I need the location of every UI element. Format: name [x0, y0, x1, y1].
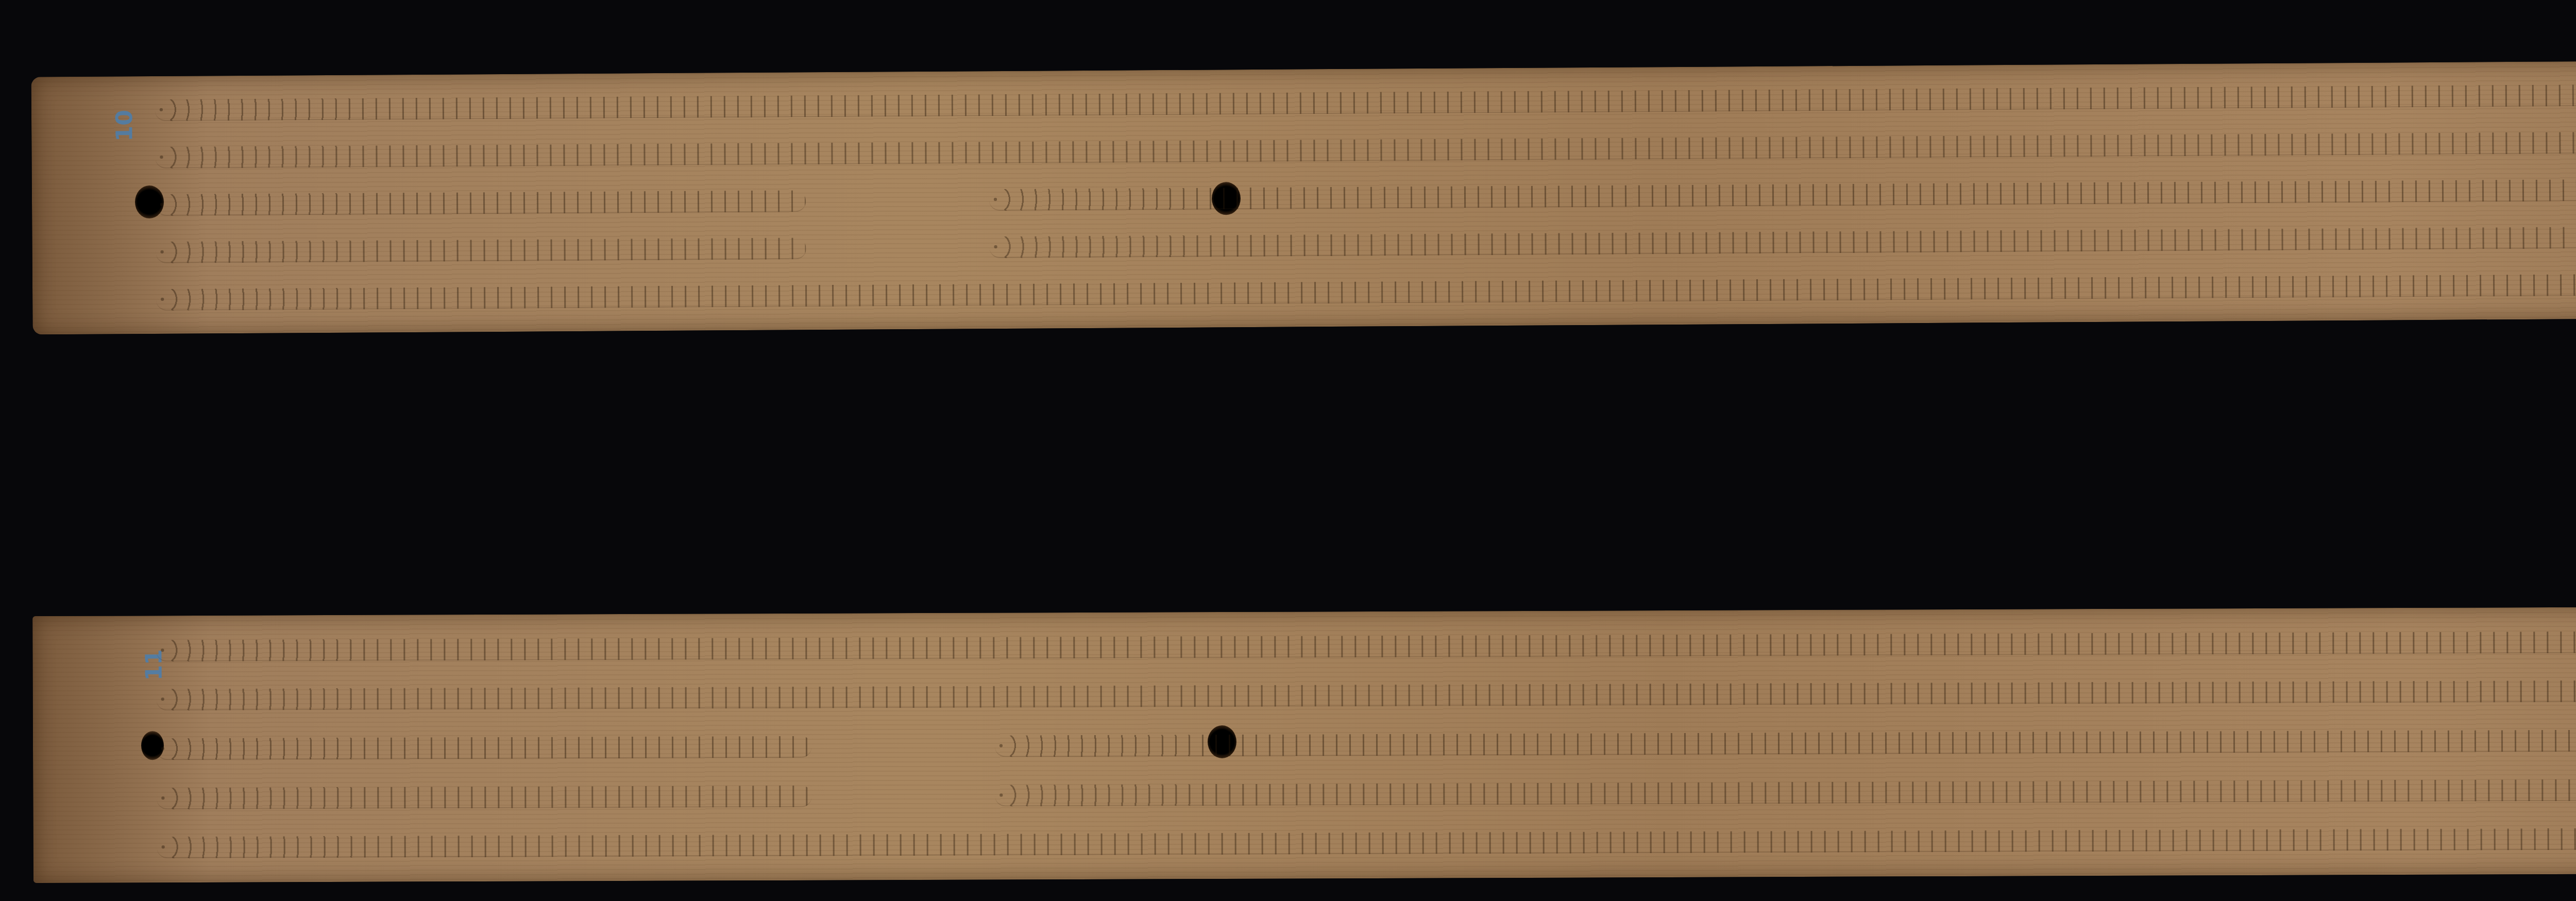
- script-line-3: [157, 715, 2576, 774]
- palm-leaf-folio-top: 10 10: [31, 59, 2576, 335]
- folio-number-left: 10: [111, 110, 138, 142]
- script-line-1: [156, 617, 2576, 675]
- script-text-block: [156, 617, 2576, 872]
- palm-leaf-folio-bottom: 11 11: [32, 606, 2576, 883]
- script-text-block: [155, 70, 2576, 324]
- script-line-4: [157, 764, 2576, 823]
- script-line-2: [157, 666, 2576, 724]
- script-line-5: [157, 813, 2576, 872]
